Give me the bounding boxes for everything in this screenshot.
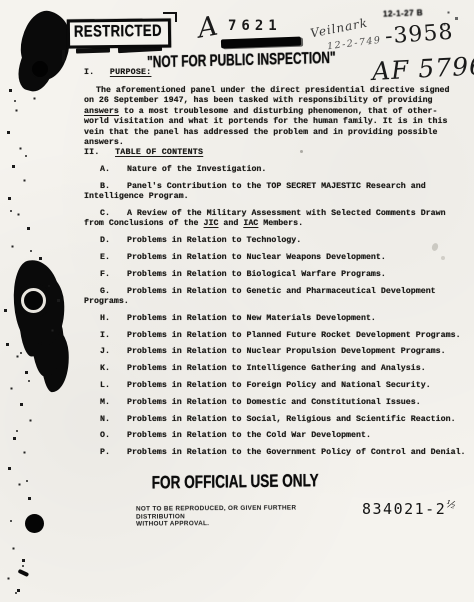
toc-item-letter: D. xyxy=(100,236,110,245)
toc-item: G.Problems in Relation to Genetic and Ph… xyxy=(84,287,468,308)
toc-item-letter: L. xyxy=(100,381,110,390)
purpose-paragraph: The aforementioned panel under the direc… xyxy=(84,86,452,148)
stamped-number-7621: 7621 xyxy=(228,18,282,34)
toc-item-letter: H. xyxy=(100,314,110,323)
toc-item-text: Problems in Relation to Domestic and Con… xyxy=(127,398,421,407)
toc-item-text: Panel's Contribution to the TOP SECRET M… xyxy=(84,182,426,201)
corner-date-stamp: 12-1-27 B xyxy=(383,8,423,18)
hole-punch-mark-bottom xyxy=(25,514,44,533)
toc-item-text: A Review of the Military Assessment with… xyxy=(84,209,446,228)
toc-heading-title: TABLE OF CONTENTS xyxy=(115,148,203,157)
faint-smudge xyxy=(300,150,303,153)
toc-item: O.Problems in Relation to the Cold War D… xyxy=(84,431,468,441)
toc-item-letter: E. xyxy=(100,253,110,262)
toc-item-letter: C. xyxy=(100,209,110,218)
distribution-notice-line1: NOT TO BE REPRODUCED, OR GIVEN FURTHER D… xyxy=(136,504,321,520)
toc-item: I.Problems in Relation to Planned Future… xyxy=(84,331,468,341)
toc-item-letter: K. xyxy=(100,364,110,373)
bottom-number-superscript: ½ xyxy=(445,499,458,512)
handwritten-af-number: AF 5796 xyxy=(371,51,474,86)
stamp-corner-bracket xyxy=(62,50,65,62)
restricted-stamp: RESTRICTED xyxy=(67,18,171,48)
toc-item-letter: B. xyxy=(100,182,110,191)
distribution-notice-line2: WITHOUT APPROVAL. xyxy=(136,520,321,529)
toc-item-letter: F. xyxy=(100,270,110,279)
toc-item: L.Problems in Relation to Foreign Policy… xyxy=(84,381,468,391)
scan-mark-tick xyxy=(18,569,29,577)
toc-item: C.A Review of the Military Assessment wi… xyxy=(84,209,468,230)
toc-item: D.Problems in Relation to Technology. xyxy=(84,236,468,246)
toc-item: A.Nature of the Investigation. xyxy=(84,165,468,175)
toc-item-text: Problems in Relation to Genetic and Phar… xyxy=(84,287,436,306)
toc-item: H.Problems in Relation to New Materials … xyxy=(84,314,468,324)
toc-item-text: Nature of the Investigation. xyxy=(127,165,266,174)
toc-item-text: Problems in Relation to New Materials De… xyxy=(127,314,376,323)
toc-item-text: Problems in Relation to Social, Religiou… xyxy=(127,415,456,424)
toc-item-text: Problems in Relation to Biological Warfa… xyxy=(127,270,386,279)
for-official-use-only-stamp: FOR OFFICIAL USE ONLY xyxy=(148,472,322,495)
purpose-heading-numeral: I. xyxy=(84,68,94,77)
toc-item: E.Problems in Relation to Nuclear Weapon… xyxy=(84,253,468,263)
toc-item-text: Problems in Relation to the Government P… xyxy=(127,448,466,457)
toc-item-letter: P. xyxy=(100,448,110,457)
hole-punch-mark-top xyxy=(32,61,48,77)
toc-item-letter: I. xyxy=(100,331,110,340)
toc-item-letter: O. xyxy=(100,431,110,440)
toc-item: N.Problems in Relation to Social, Religi… xyxy=(84,415,468,425)
hole-punch-mark-middle xyxy=(21,288,46,313)
toc-item: F.Problems in Relation to Biological War… xyxy=(84,270,468,280)
toc-item: M.Problems in Relation to Domestic and C… xyxy=(84,398,468,408)
distribution-notice-stamp: NOT TO BE REPRODUCED, OR GIVEN FURTHER D… xyxy=(136,504,321,528)
scan-noise-speckles-large xyxy=(0,0,2,2)
toc-item-letter: G. xyxy=(100,287,110,296)
toc-item-letter: J. xyxy=(100,347,110,356)
purpose-heading: I. PURPOSE: xyxy=(84,68,151,78)
toc-item-text: Problems in Relation to Intelligence Gat… xyxy=(127,364,426,373)
handwritten-bottom-number: 834021-2½ xyxy=(362,500,457,518)
toc-item-letter: M. xyxy=(100,398,110,407)
toc-item: J.Problems in Relation to Nuclear Propul… xyxy=(84,347,468,357)
toc-item: B.Panel's Contribution to the TOP SECRET… xyxy=(84,182,468,203)
toc-item-text: Problems in Relation to Technology. xyxy=(127,236,301,245)
not-for-public-inspection-stamp: "NOT FOR PUBLIC INSPECTION" xyxy=(147,48,330,71)
toc-item-text: Problems in Relation to Foreign Policy a… xyxy=(127,381,431,390)
toc-item-letter: N. xyxy=(100,415,110,424)
restricted-stamp-label: RESTRICTED xyxy=(74,23,162,42)
toc-item-text: Problems in Relation to Nuclear Propulsi… xyxy=(127,347,446,356)
toc-heading: II. TABLE OF CONTENTS xyxy=(84,148,203,158)
purpose-heading-title: PURPOSE: xyxy=(110,68,151,77)
handwritten-large-number: -3958 xyxy=(384,20,454,50)
bottom-number-digits: 834021-2 xyxy=(362,500,446,518)
toc-item-letter: A. xyxy=(100,165,110,174)
toc-item: P.Problems in Relation to the Government… xyxy=(84,448,468,458)
toc-item-text: Problems in Relation to the Cold War Dev… xyxy=(127,431,371,440)
toc-list: A.Nature of the Investigation. B.Panel's… xyxy=(84,165,468,465)
toc-item-text: Problems in Relation to Planned Future R… xyxy=(127,331,461,340)
toc-item-text: Problems in Relation to Nuclear Weapons … xyxy=(127,253,386,262)
toc-item: K.Problems in Relation to Intelligence G… xyxy=(84,364,468,374)
redaction-bar xyxy=(221,37,301,49)
document-page: RESTRICTED A 7621 Veilnark 12-2-749 -395… xyxy=(0,0,474,602)
handwritten-letter-a: A xyxy=(195,11,220,45)
toc-heading-numeral: II. xyxy=(84,148,100,157)
